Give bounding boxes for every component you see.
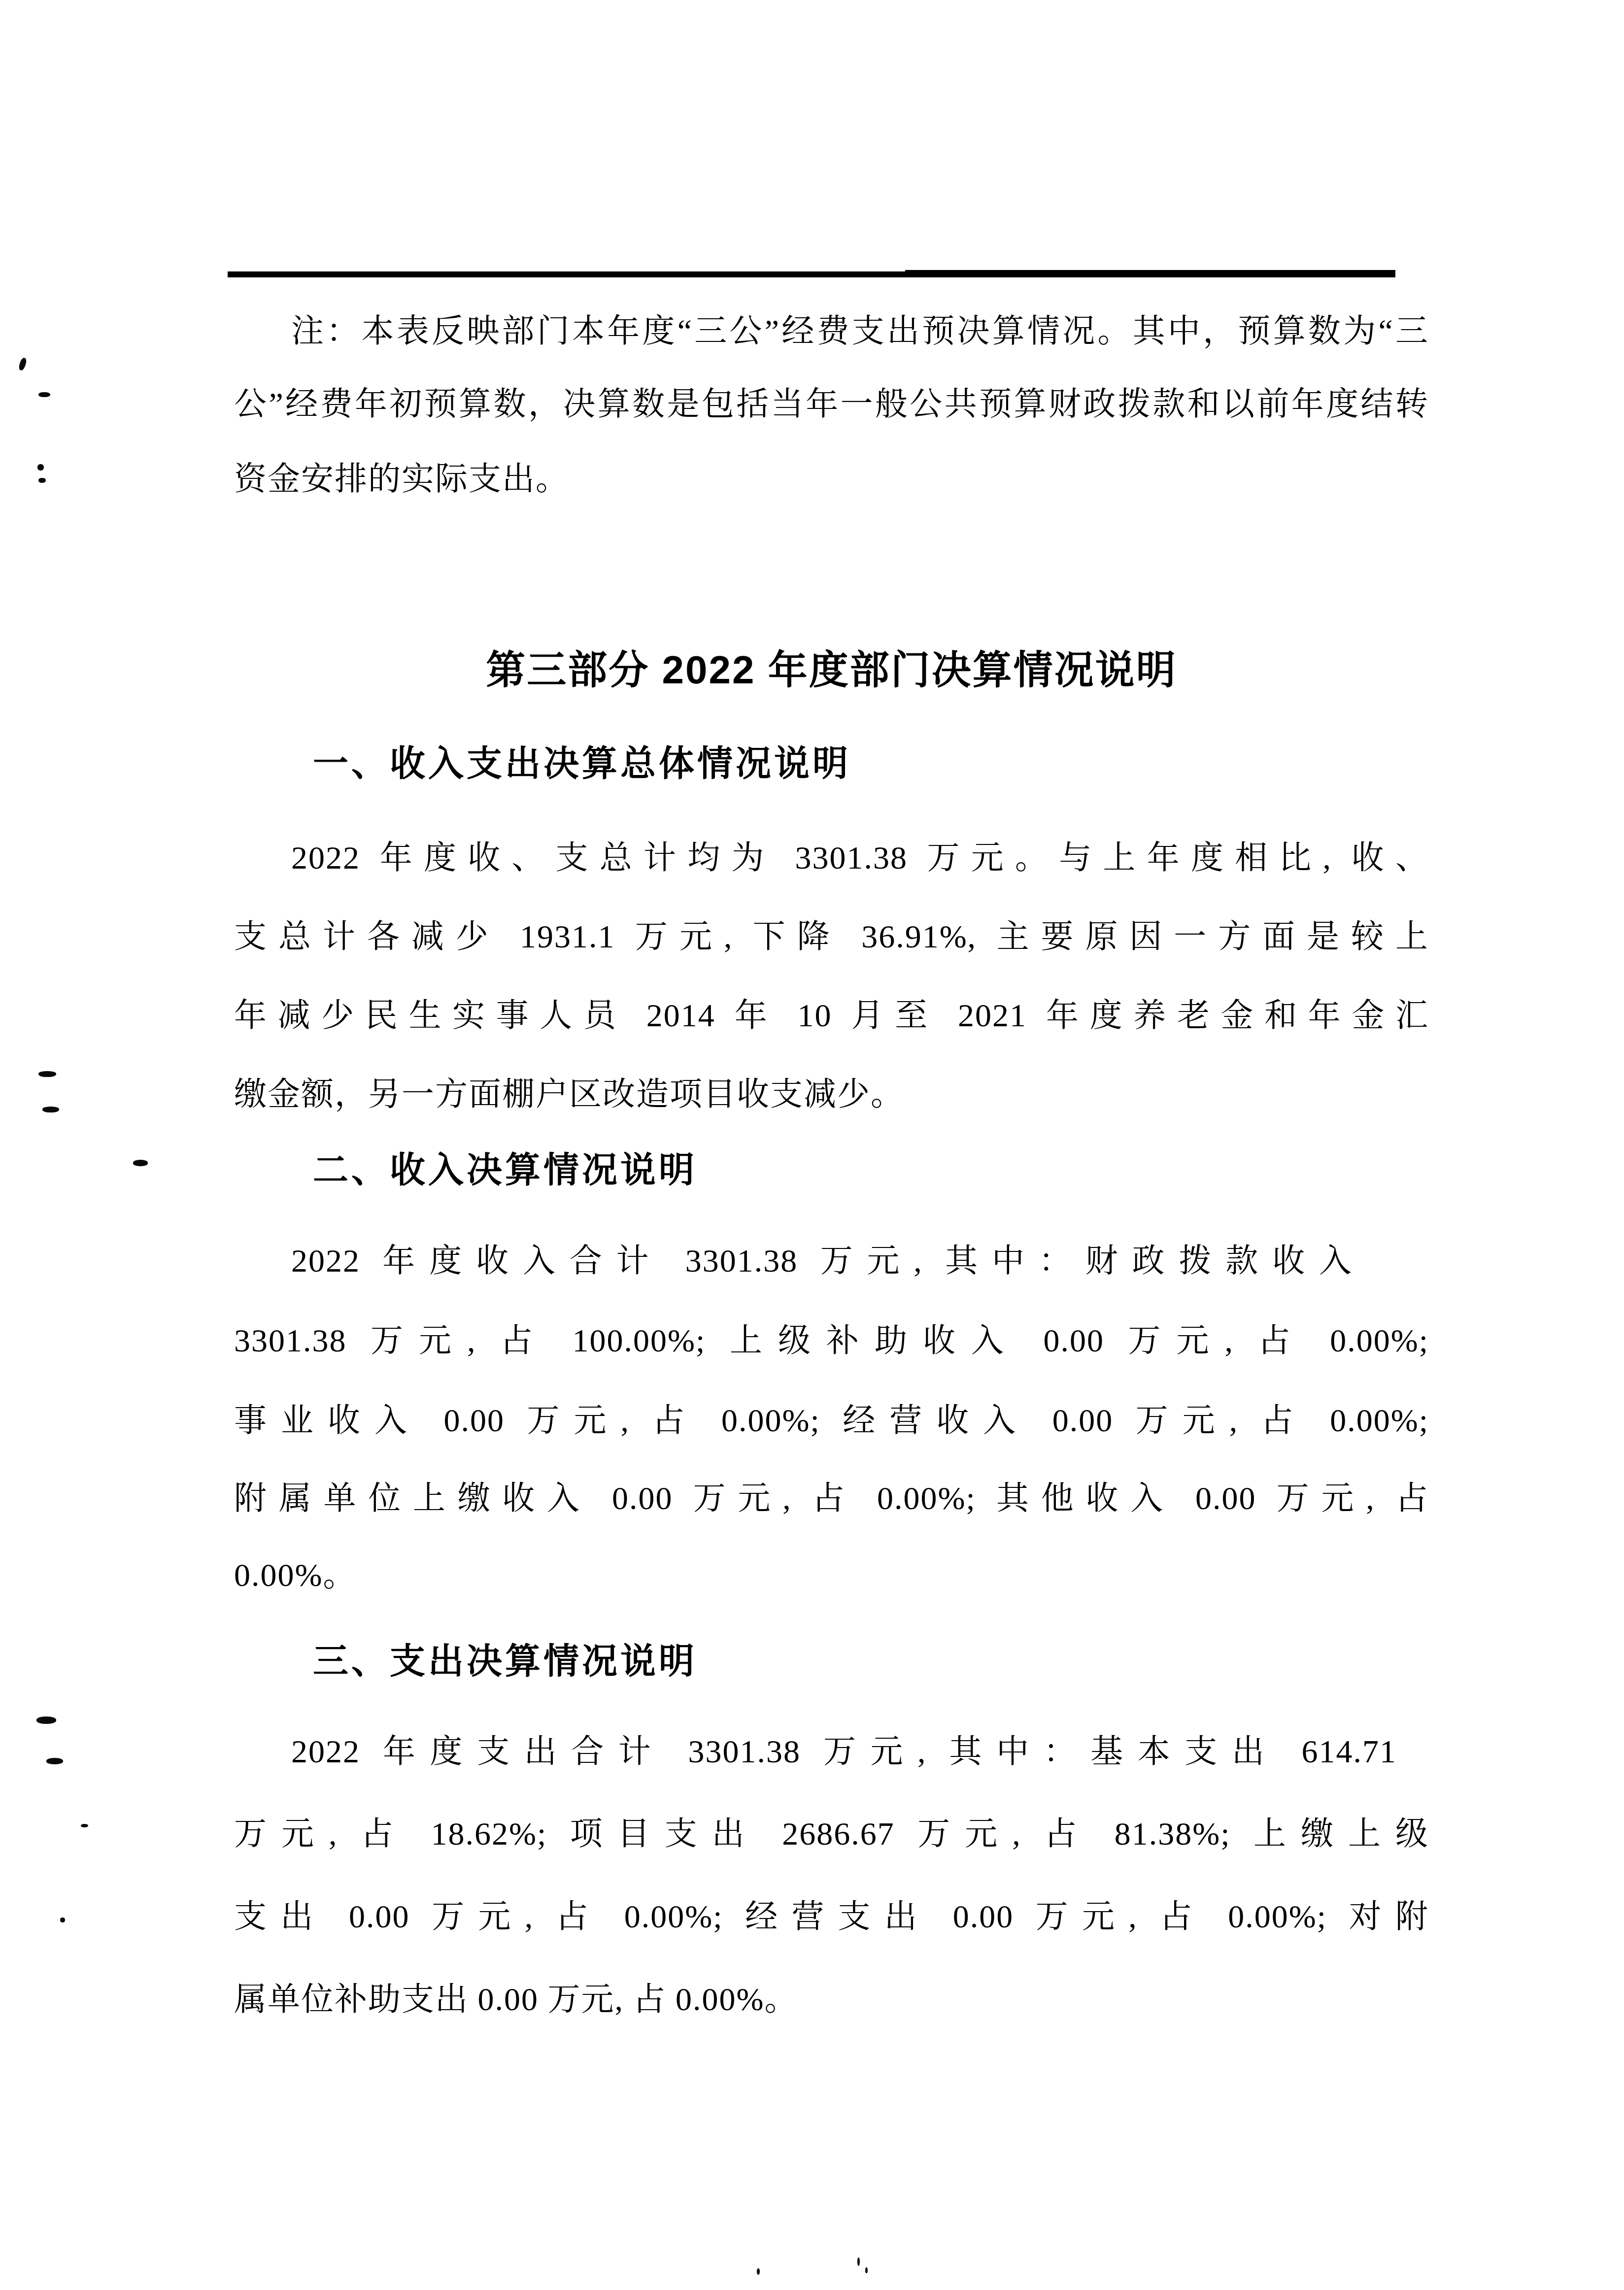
section-3-line-4: 属单位补助支出 0.00 万元, 占 0.00%。 bbox=[234, 1973, 1429, 2027]
scanned-document-page: 注：本表反映部门本年度“三公”经费支出预决算情况。其中，预算数为“三 公”经费年… bbox=[0, 0, 1624, 2290]
scan-speck bbox=[38, 478, 46, 483]
scan-speck bbox=[865, 2267, 868, 2273]
scan-speck bbox=[38, 1071, 56, 1077]
section-1-line-1: 2022 年度收、支总计均为 3301.38 万元。与上年度相比, 收、 bbox=[234, 831, 1429, 885]
section-1-line-2: 支总计各减少 1931.1 万元, 下降 36.91%, 主要原因一方面是较上 bbox=[234, 910, 1429, 964]
section-3-line-1: 2022 年度支出合计 3301.38 万元, 其中：基本支出 614.71 bbox=[234, 1725, 1397, 1779]
table-bottom-rule bbox=[228, 271, 1395, 277]
section-2-heading: 二、收入决算情况说明 bbox=[234, 1143, 1429, 1197]
scan-speck bbox=[18, 357, 27, 371]
note-line-3: 资金安排的实际支出。 bbox=[234, 452, 1429, 506]
scan-speck bbox=[757, 2268, 760, 2275]
section-2-line-5: 0.00%。 bbox=[234, 1549, 1429, 1603]
section-1-heading: 一、收入支出决算总体情况说明 bbox=[234, 737, 1429, 791]
section-3-heading: 三、支出决算情况说明 bbox=[234, 1634, 1429, 1688]
scan-speck bbox=[37, 464, 44, 471]
section-2-line-3: 事业收入 0.00 万元, 占 0.00%; 经营收入 0.00 万元, 占 0… bbox=[234, 1394, 1429, 1448]
section-3-line-3: 支出 0.00 万元, 占 0.00%; 经营支出 0.00 万元, 占 0.0… bbox=[234, 1890, 1429, 1944]
scan-speck bbox=[38, 392, 50, 397]
scan-speck bbox=[133, 1160, 148, 1166]
note-line-1: 注：本表反映部门本年度“三公”经费支出预决算情况。其中，预算数为“三 bbox=[234, 304, 1429, 359]
section-2-line-2: 3301.38 万元, 占 100.00%; 上级补助收入 0.00 万元, 占… bbox=[234, 1314, 1429, 1368]
scan-speck bbox=[857, 2257, 860, 2266]
section-1-line-3: 年减少民生实事人员 2014 年 10 月至 2021 年度养老金和年金汇 bbox=[234, 989, 1429, 1043]
scan-speck bbox=[42, 1107, 59, 1112]
scan-speck bbox=[81, 1824, 88, 1827]
scan-speck bbox=[36, 1717, 56, 1724]
scan-speck bbox=[46, 1758, 63, 1764]
note-line-2: 公”经费年初预算数，决算数是包括当年一般公共预算财政拨款和以前年度结转 bbox=[234, 377, 1429, 432]
section-2-line-4: 附属单位上缴收入 0.00 万元, 占 0.00%; 其他收入 0.00 万元,… bbox=[234, 1472, 1429, 1526]
section-3-line-2: 万元, 占 18.62%; 项目支出 2686.67 万元, 占 81.38%;… bbox=[234, 1807, 1429, 1861]
section-2-line-1: 2022 年度收入合计 3301.38 万元, 其中：财政拨款收入 bbox=[234, 1234, 1353, 1288]
page-title: 第三部分 2022 年度部门决算情况说明 bbox=[234, 640, 1429, 700]
scan-speck bbox=[60, 1918, 65, 1922]
section-1-line-4: 缴金额，另一方面棚户区改造项目收支减少。 bbox=[234, 1068, 1429, 1122]
